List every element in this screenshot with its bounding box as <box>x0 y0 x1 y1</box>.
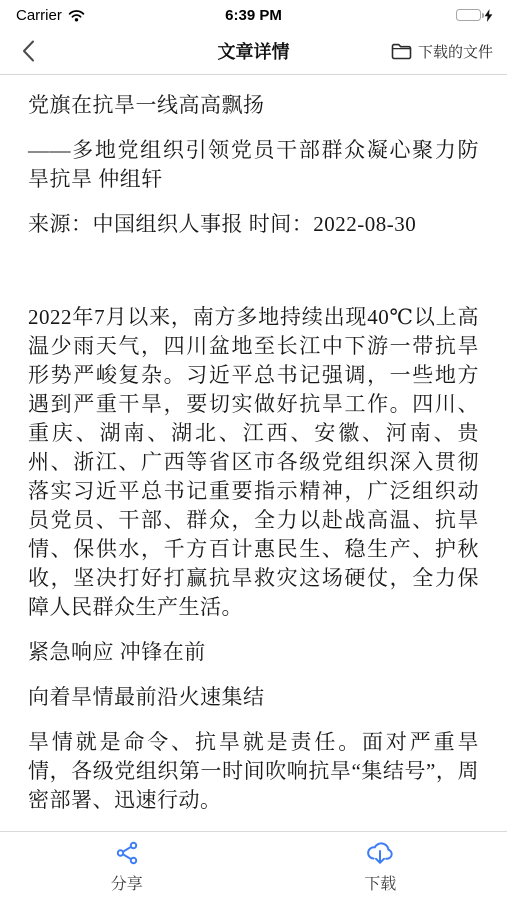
cloud-download-icon <box>365 839 395 866</box>
status-left: Carrier <box>16 7 85 24</box>
share-icon <box>114 840 140 866</box>
carrier-label: Carrier <box>16 7 62 24</box>
article-subtitle: ——多地党组织引领党员干部群众凝心聚力防旱抗旱 仲组轩 <box>28 136 479 194</box>
download-button[interactable]: 下载 <box>254 832 507 900</box>
bottom-toolbar: 分享 下载 <box>0 831 507 900</box>
wifi-icon <box>68 9 85 22</box>
article-meta: 来源：中国组织人事报 时间：2022-08-30 <box>28 210 479 239</box>
app-screen: Carrier 6:39 PM <box>0 0 507 900</box>
article-title: 党旗在抗旱一线高高飘扬 <box>28 91 479 120</box>
article-section-heading: 紧急响应 冲锋在前 <box>28 638 479 667</box>
status-right <box>456 9 493 22</box>
back-button[interactable] <box>12 36 45 66</box>
charging-bolt-icon <box>484 9 493 22</box>
status-bar: Carrier 6:39 PM <box>0 0 507 28</box>
article-content[interactable]: 党旗在抗旱一线高高飘扬 ——多地党组织引领党员干部群众凝心聚力防旱抗旱 仲组轩 … <box>0 75 507 831</box>
download-label: 下载 <box>364 871 396 894</box>
navigation-bar: 文章详情 下载的文件 <box>0 28 507 75</box>
share-button[interactable]: 分享 <box>0 832 254 900</box>
share-label: 分享 <box>111 871 143 894</box>
folder-icon <box>391 43 412 60</box>
downloaded-files-label: 下载的文件 <box>418 41 493 62</box>
chevron-left-icon <box>22 40 35 62</box>
downloaded-files-button[interactable]: 下载的文件 <box>389 37 495 66</box>
article-paragraph: 2022年7月以来，南方多地持续出现40℃以上高温少雨天气，四川盆地至长江中下游… <box>28 303 479 622</box>
battery-icon <box>456 9 481 21</box>
article-paragraph: 旱情就是命令、抗旱就是责任。面对严重旱情，各级党组织第一时间吹响抗旱“集结号”，… <box>28 728 479 815</box>
article-section-subheading: 向着旱情最前沿火速集结 <box>28 683 479 712</box>
